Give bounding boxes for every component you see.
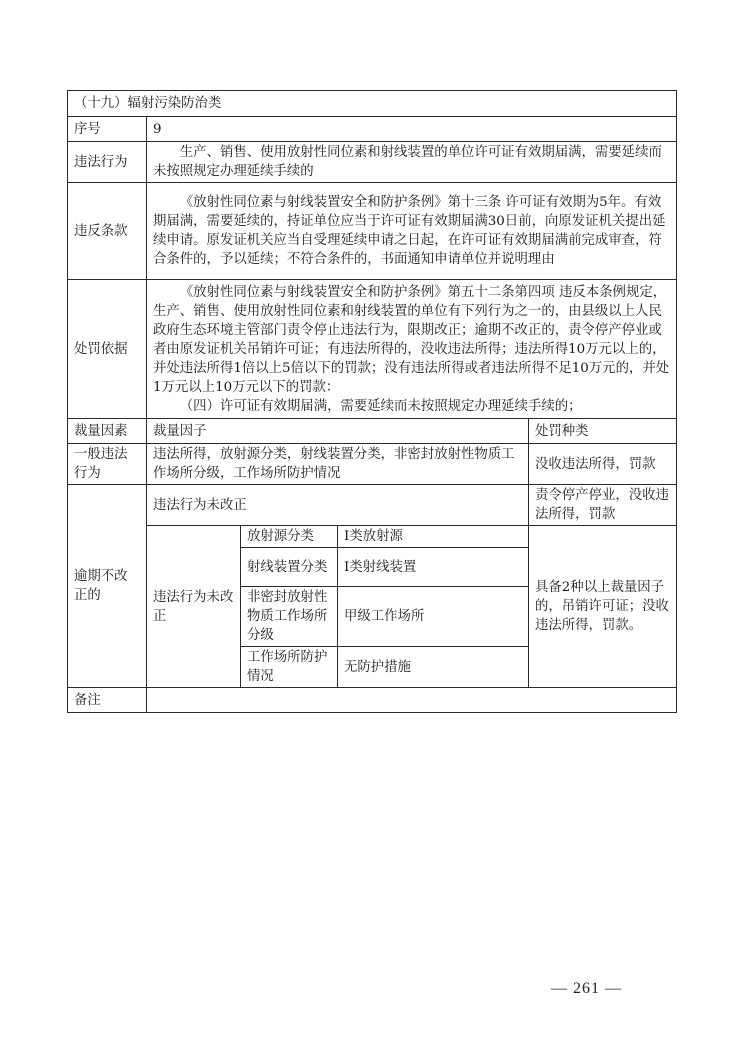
factor-value: 无防护措施 (338, 647, 529, 688)
violation-row: 违法行为 生产、销售、使用放射性同位素和射线装置的单位许可证有效期届满，需要延续… (68, 142, 677, 183)
overdue-behavior: 违法行为未改正 (147, 526, 241, 688)
discretion-factor-header: 裁量因子 (147, 419, 529, 444)
penalty-basis-label: 处罚依据 (68, 280, 147, 419)
penalty-type-header: 处罚种类 (529, 419, 677, 444)
serial-label: 序号 (68, 117, 147, 142)
remarks-row: 备注 (68, 688, 677, 713)
overdue-subrow-source: 违法行为未改正 放射源分类 I类放射源 具备2种以上裁量因子的，吊销许可证；没收… (68, 526, 677, 548)
serial-row: 序号 9 (68, 117, 677, 142)
violation-value: 生产、销售、使用放射性同位素和射线装置的单位许可证有效期届满，需要延续而未按照规… (147, 142, 677, 183)
penalty-basis-paragraph-2: （四）许可证有效期届满，需要延续而未按照规定办理延续手续的； (153, 397, 670, 416)
factor-name: 非密封放射性物质工作场所分级 (241, 587, 338, 647)
overdue-penalty: 责令停产停业，没收违法所得，罚款 (529, 485, 677, 526)
factor-name: 放射源分类 (241, 526, 338, 548)
overdue-label: 逾期不改正的 (68, 485, 147, 688)
penalty-basis-paragraph-1: 《放射性同位素与射线装置安全和防护条例》第五十二条第四项 违反本条例规定，生产、… (153, 283, 670, 397)
violated-clause-value: 《放射性同位素与射线装置安全和防护条例》第十三条 许可证有效期为5年。有效期届满… (147, 183, 677, 280)
general-violation-label: 一般违法行为 (68, 444, 147, 485)
factor-value: I类放射源 (338, 526, 529, 548)
overdue-row-1: 逾期不改正的 违法行为未改正 责令停产停业，没收违法所得，罚款 (68, 485, 677, 526)
revocation-penalty: 具备2种以上裁量因子的，吊销许可证；没收违法所得，罚款。 (529, 526, 677, 688)
general-violation-penalty: 没收违法所得，罚款 (529, 444, 677, 485)
remarks-label: 备注 (68, 688, 147, 713)
section-title: （十九）辐射污染防治类 (68, 91, 677, 117)
factor-name: 射线装置分类 (241, 548, 338, 587)
general-violation-row: 一般违法行为 违法所得，放射源分类，射线装置分类，非密封放射性物质工作场所分级，… (68, 444, 677, 485)
factor-value: I类射线装置 (338, 548, 529, 587)
overdue-factor: 违法行为未改正 (147, 485, 529, 526)
violated-clause-label: 违反条款 (68, 183, 147, 280)
penalty-basis-value: 《放射性同位素与射线装置安全和防护条例》第五十二条第四项 违反本条例规定，生产、… (147, 280, 677, 419)
factor-name: 工作场所防护情况 (241, 647, 338, 688)
serial-value: 9 (147, 117, 677, 142)
discretion-label: 裁量因素 (68, 419, 147, 444)
violated-clause-row: 违反条款 《放射性同位素与射线装置安全和防护条例》第十三条 许可证有效期为5年。… (68, 183, 677, 280)
page-number: — 261 — (551, 980, 622, 998)
violation-label: 违法行为 (68, 142, 147, 183)
penalty-basis-row: 处罚依据 《放射性同位素与射线装置安全和防护条例》第五十二条第四项 违反本条例规… (68, 280, 677, 419)
remarks-value (147, 688, 677, 713)
penalty-standard-table: （十九）辐射污染防治类 序号 9 违法行为 生产、销售、使用放射性同位素和射线装… (67, 90, 677, 713)
factor-value: 甲级工作场所 (338, 587, 529, 647)
discretion-header-row: 裁量因素 裁量因子 处罚种类 (68, 419, 677, 444)
section-title-row: （十九）辐射污染防治类 (68, 91, 677, 117)
general-violation-factor: 违法所得，放射源分类，射线装置分类，非密封放射性物质工作场所分级，工作场所防护情… (147, 444, 529, 485)
